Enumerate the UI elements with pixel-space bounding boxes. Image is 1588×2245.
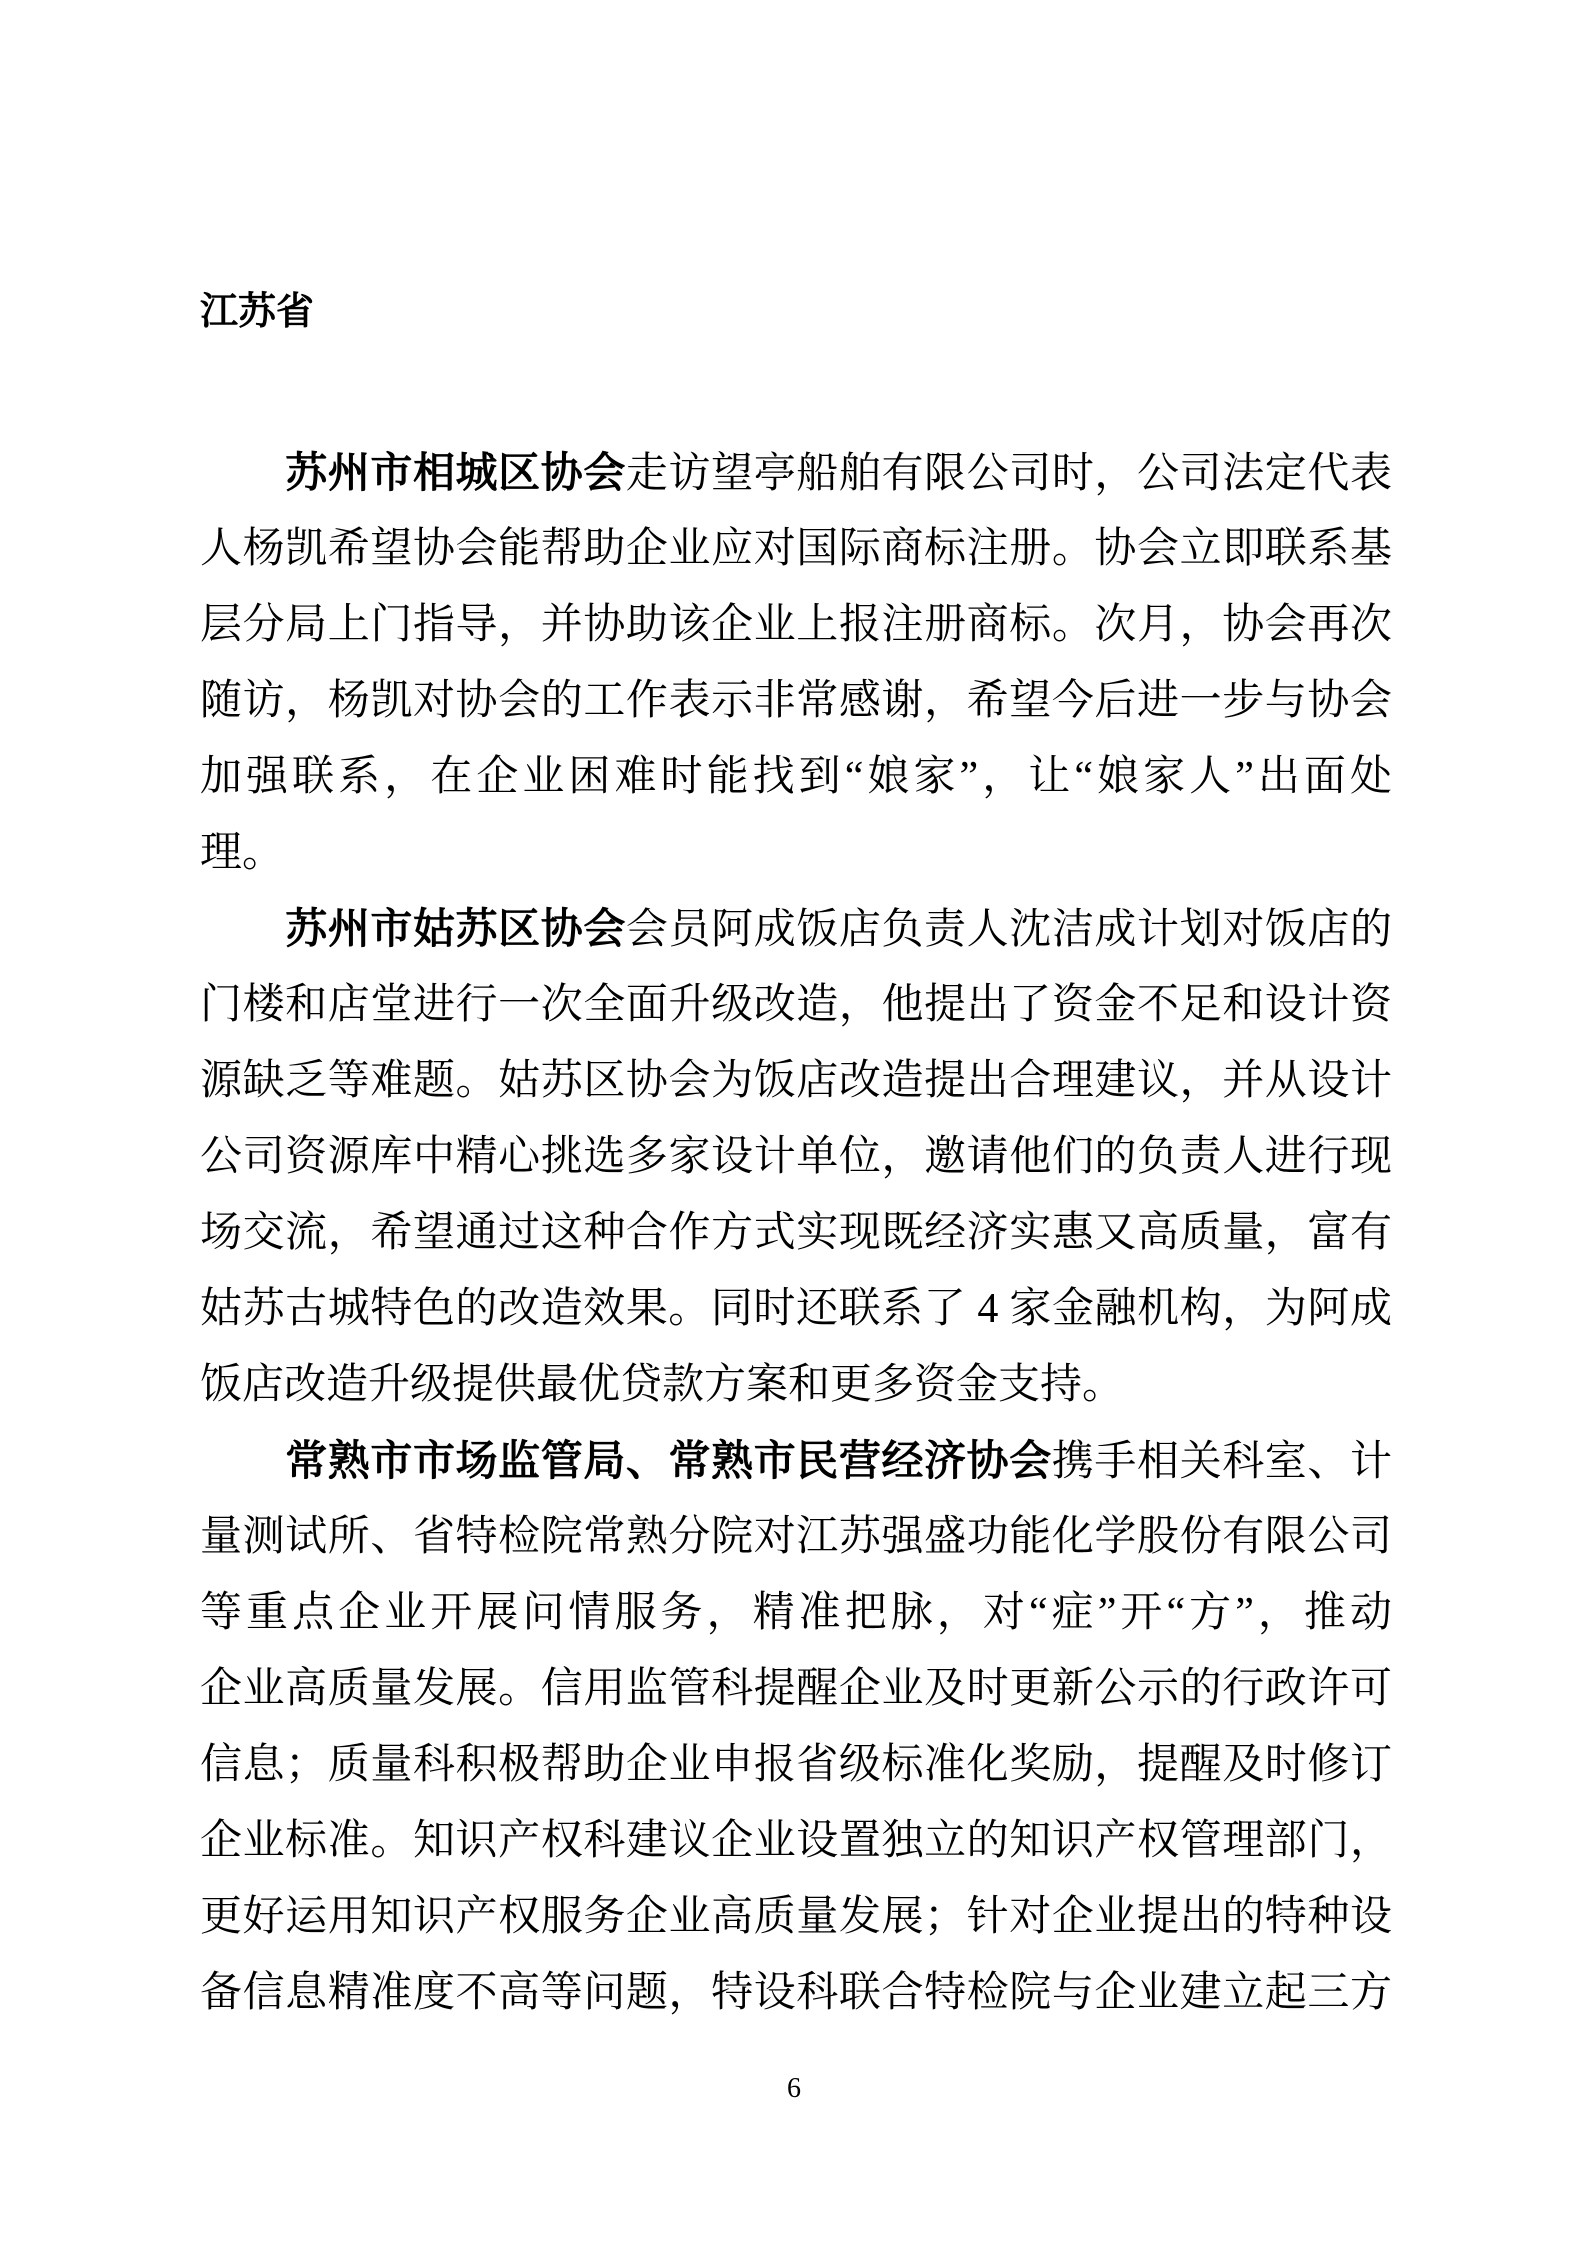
text-line: 加强联系，在企业困难时能找到“娘家”，让“娘家人”出面处 (200, 739, 1392, 815)
page-footer: 6 (0, 2072, 1588, 2106)
text-line: 理。 (200, 815, 1392, 891)
paragraph: 苏州市相城区协会走访望亭船舶有限公司时，公司法定代表人杨凯希望协会能帮助企业应对… (200, 435, 1392, 891)
paragraph: 常熟市市场监管局、常熟市民营经济协会携手相关科室、计量测试所、省特检院常熟分院对… (200, 1423, 1392, 2031)
text-line: 常熟市市场监管局、常熟市民营经济协会携手相关科室、计 (200, 1423, 1392, 1499)
text-line: 公司资源库中精心挑选多家设计单位，邀请他们的负责人进行现 (200, 1119, 1392, 1195)
document-page: 江苏省 苏州市相城区协会走访望亭船舶有限公司时，公司法定代表人杨凯希望协会能帮助… (0, 0, 1588, 2245)
text-line: 信息；质量科积极帮助企业申报省级标准化奖励，提醒及时修订 (200, 1727, 1392, 1803)
text-line: 门楼和店堂进行一次全面升级改造，他提出了资金不足和设计资 (200, 967, 1392, 1043)
paragraph-lead-bold: 苏州市相城区协会 (285, 449, 626, 496)
text-line: 层分局上门指导，并协助该企业上报注册商标。次月，协会再次 (200, 587, 1392, 663)
paragraph-lead-bold: 常熟市市场监管局、常熟市民营经济协会 (285, 1437, 1052, 1484)
paragraph: 苏州市姑苏区协会会员阿成饭店负责人沈洁成计划对饭店的门楼和店堂进行一次全面升级改… (200, 891, 1392, 1423)
text-line: 等重点企业开展问情服务，精准把脉，对“症”开“方”，推动 (200, 1575, 1392, 1651)
text-line: 苏州市相城区协会走访望亭船舶有限公司时，公司法定代表 (200, 435, 1392, 511)
text-line: 量测试所、省特检院常熟分院对江苏强盛功能化学股份有限公司 (200, 1499, 1392, 1575)
text-line: 企业标准。知识产权科建议企业设置独立的知识产权管理部门， (200, 1803, 1392, 1879)
text-line: 场交流，希望通过这种合作方式实现既经济实惠又高质量，富有 (200, 1195, 1392, 1271)
text-line: 人杨凯希望协会能帮助企业应对国际商标注册。协会立即联系基 (200, 511, 1392, 587)
paragraph-lead-bold: 苏州市姑苏区协会 (285, 905, 626, 952)
text-line: 姑苏古城特色的改造效果。同时还联系了 4 家金融机构，为阿成 (200, 1271, 1392, 1347)
region-title: 江苏省 (200, 290, 314, 334)
text-line: 企业高质量发展。信用监管科提醒企业及时更新公示的行政许可 (200, 1651, 1392, 1727)
page-number: 6 (787, 2073, 801, 2104)
text-line: 备信息精准度不高等问题，特设科联合特检院与企业建立起三方 (200, 1955, 1392, 2031)
text-line: 更好运用知识产权服务企业高质量发展；针对企业提出的特种设 (200, 1879, 1392, 1955)
document-body: 苏州市相城区协会走访望亭船舶有限公司时，公司法定代表人杨凯希望协会能帮助企业应对… (200, 435, 1392, 2031)
text-line: 苏州市姑苏区协会会员阿成饭店负责人沈洁成计划对饭店的 (200, 891, 1392, 967)
text-line: 饭店改造升级提供最优贷款方案和更多资金支持。 (200, 1347, 1392, 1423)
text-line: 源缺乏等难题。姑苏区协会为饭店改造提出合理建议，并从设计 (200, 1043, 1392, 1119)
text-line: 随访，杨凯对协会的工作表示非常感谢，希望今后进一步与协会 (200, 663, 1392, 739)
